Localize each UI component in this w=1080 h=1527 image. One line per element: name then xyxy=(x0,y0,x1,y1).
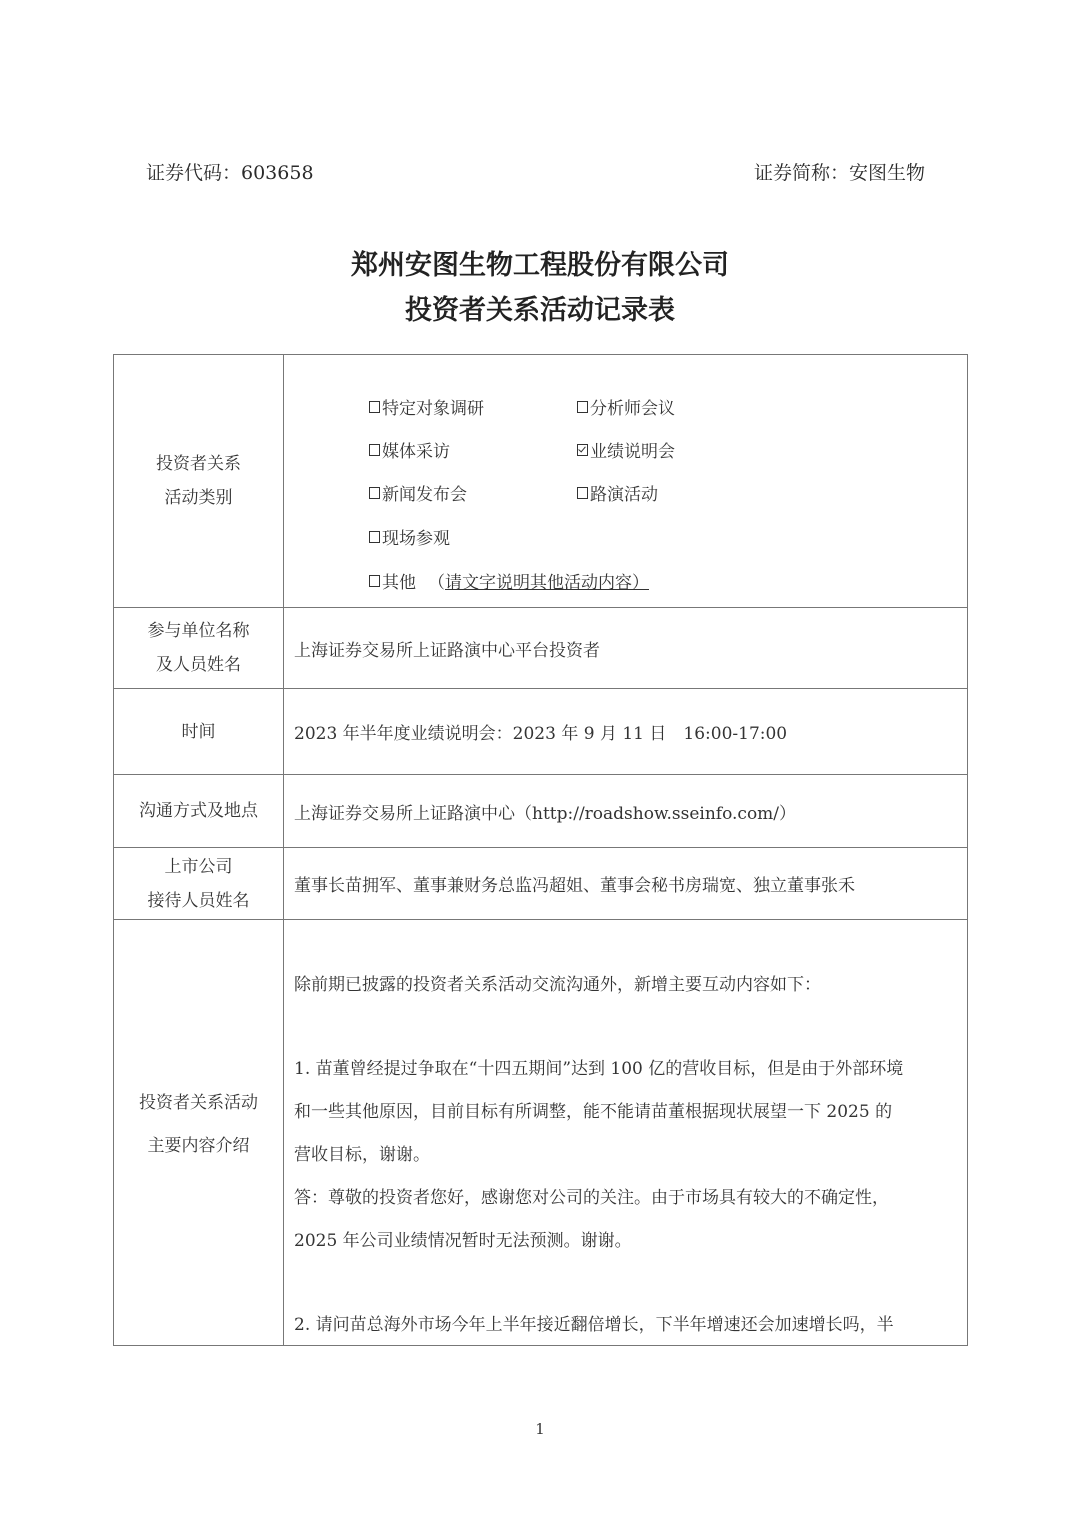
answer-1-line-2: 2025 年公司业绩情况暂时无法预测。谢谢。 xyxy=(294,1220,957,1263)
content-intro: 除前期已披露的投资者关系活动交流沟通外，新增主要互动内容如下： xyxy=(294,964,957,1007)
checkbox-checked-icon xyxy=(577,444,588,456)
table-row-participants: 参与单位名称 及人员姓名 上海证券交易所上证路演中心平台投资者 xyxy=(114,608,968,689)
option-label: 现场参观 xyxy=(382,524,450,549)
checkbox-unchecked-icon xyxy=(369,487,380,499)
checkbox-unchecked-icon xyxy=(369,401,380,413)
option-label: 媒体采访 xyxy=(382,437,450,462)
row-label: 参与单位名称 及人员姓名 xyxy=(114,608,284,689)
table-row-method-location: 沟通方式及地点 上海证券交易所上证路演中心（http://roadshow.ss… xyxy=(114,775,968,848)
label-line: 投资者关系活动 xyxy=(114,1082,283,1125)
option-label: 新闻发布会 xyxy=(382,480,467,505)
method-location-value: 上海证券交易所上证路演中心（http://roadshow.sseinfo.co… xyxy=(284,775,968,848)
checkbox-unchecked-icon xyxy=(577,401,588,413)
table-row-main-content: 投资者关系活动 主要内容介绍 除前期已披露的投资者关系活动交流沟通外，新增主要互… xyxy=(114,920,968,1346)
document-header: 证券代码：603658 证券简称：安图生物 xyxy=(0,158,1080,188)
label-line: 主要内容介绍 xyxy=(114,1125,283,1168)
note-text: 请文字说明其他活动内容） xyxy=(445,573,649,593)
label-line: 参与单位名称 xyxy=(114,614,283,648)
activity-category-options: 特定对象调研 分析师会议 媒体采访 业绩说明会 新闻发布会 xyxy=(284,355,968,608)
row-label: 上市公司 接待人员姓名 xyxy=(114,848,284,920)
form-title: 投资者关系活动记录表 xyxy=(0,288,1080,327)
question-1-line-2: 和一些其他原因，目前目标有所调整，能不能请苗董根据现状展望一下 2025 的 xyxy=(294,1091,957,1134)
row-label: 投资者关系 活动类别 xyxy=(114,355,284,608)
table-row-time: 时间 2023 年半年度业绩说明会：2023 年 9 月 11 日 16:00-… xyxy=(114,689,968,775)
option-label: 特定对象调研 xyxy=(382,394,484,419)
checkbox-media-interview[interactable]: 媒体采访 xyxy=(369,437,450,462)
page-number: 1 xyxy=(0,1420,1080,1438)
question-1-line-3: 营收目标，谢谢。 xyxy=(294,1134,957,1177)
security-code: 证券代码：603658 xyxy=(146,158,314,188)
other-activity-note: （请文字说明其他活动内容） xyxy=(428,568,649,593)
row-label: 时间 xyxy=(114,689,284,775)
checkbox-other[interactable]: 其他 （请文字说明其他活动内容） xyxy=(369,568,649,593)
participants-value: 上海证券交易所上证路演中心平台投资者 xyxy=(284,608,968,689)
checkbox-specific-research[interactable]: 特定对象调研 xyxy=(369,394,484,419)
checkbox-analyst-meeting[interactable]: 分析师会议 xyxy=(577,394,675,419)
table-row-company-staff: 上市公司 接待人员姓名 董事长苗拥军、董事兼财务总监冯超姐、董事会秘书房瑞宽、独… xyxy=(114,848,968,920)
label-line: 及人员姓名 xyxy=(114,648,283,682)
question-1-line-1: 1. 苗董曾经提过争取在“十四五期间”达到 100 亿的营收目标，但是由于外部环… xyxy=(294,1048,957,1091)
time-value: 2023 年半年度业绩说明会：2023 年 9 月 11 日 16:00-17:… xyxy=(284,689,968,775)
security-abbreviation: 证券简称：安图生物 xyxy=(754,158,925,188)
checkbox-unchecked-icon xyxy=(577,487,588,499)
option-label: 业绩说明会 xyxy=(590,437,675,462)
investor-relations-record-table: 投资者关系 活动类别 特定对象调研 分析师会议 媒体采访 业 xyxy=(113,354,968,1346)
note-paren: （ xyxy=(428,573,445,593)
checkbox-unchecked-icon xyxy=(369,575,380,587)
table-row-activity-category: 投资者关系 活动类别 特定对象调研 分析师会议 媒体采访 业 xyxy=(114,355,968,608)
option-label: 路演活动 xyxy=(590,480,658,505)
checkbox-unchecked-icon xyxy=(369,444,380,456)
option-label: 其他 xyxy=(382,568,416,593)
checkbox-unchecked-icon xyxy=(369,531,380,543)
checkbox-press-conference[interactable]: 新闻发布会 xyxy=(369,480,467,505)
checkbox-site-visit[interactable]: 现场参观 xyxy=(369,524,450,549)
answer-1-line-1: 答：尊敬的投资者您好，感谢您对公司的关注。由于市场具有较大的不确定性， xyxy=(294,1177,957,1220)
label-line: 活动类别 xyxy=(114,481,283,515)
option-label: 分析师会议 xyxy=(590,394,675,419)
row-label: 投资者关系活动 主要内容介绍 xyxy=(114,920,284,1346)
checkbox-roadshow[interactable]: 路演活动 xyxy=(577,480,658,505)
company-staff-value: 董事长苗拥军、董事兼财务总监冯超姐、董事会秘书房瑞宽、独立董事张禾 xyxy=(284,848,968,920)
row-label: 沟通方式及地点 xyxy=(114,775,284,848)
question-2-line-1: 2. 请问苗总海外市场今年上半年接近翻倍增长，下半年增速还会加速增长吗，半 xyxy=(294,1304,957,1345)
label-line: 上市公司 xyxy=(114,850,283,884)
main-content-value: 除前期已披露的投资者关系活动交流沟通外，新增主要互动内容如下： 1. 苗董曾经提… xyxy=(284,920,968,1346)
label-line: 投资者关系 xyxy=(114,447,283,481)
label-line: 接待人员姓名 xyxy=(114,884,283,918)
company-title: 郑州安图生物工程股份有限公司 xyxy=(0,243,1080,282)
checkbox-earnings-briefing[interactable]: 业绩说明会 xyxy=(577,437,675,462)
